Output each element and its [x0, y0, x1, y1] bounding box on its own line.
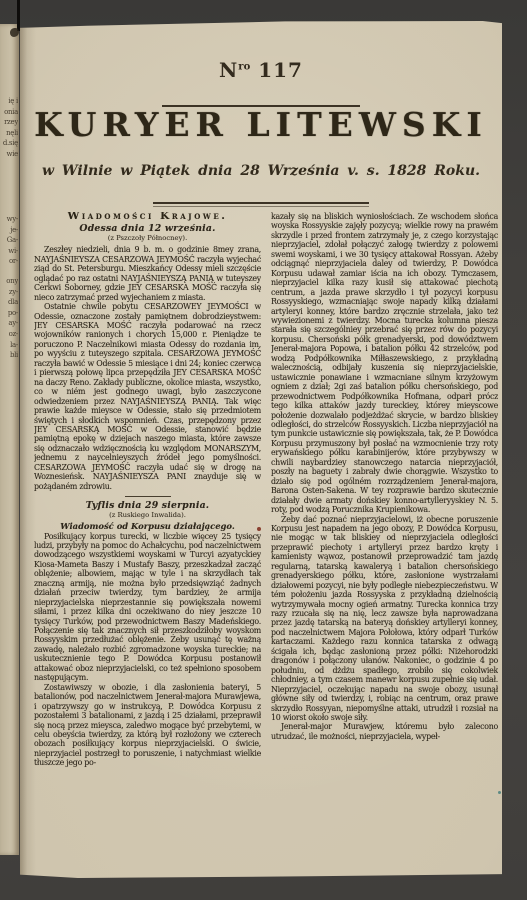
issue-value: 117	[258, 58, 303, 82]
paragraph: kazały się na bliskich wyniosłościach. Z…	[271, 212, 498, 515]
section-heading: Wiadomości Krajowe.	[34, 212, 261, 221]
article-divider-rule	[125, 496, 171, 497]
paragraph: Żeby dać poznać nieprzyjacielowi, iż obe…	[271, 515, 498, 723]
dateline: w Wilnie w Piątek dnia 28 Września v. s.…	[20, 163, 502, 179]
paragraph: Posiłkujący korpus turecki, w liczbie wi…	[34, 532, 261, 683]
ink-speck	[257, 527, 261, 531]
newspaper-page: Nro 117 KURYER LITEWSKI w Wilnie w Piąte…	[20, 21, 502, 878]
article-title-tyflis: Tyflis dnia 29 sierpnia.	[34, 501, 261, 510]
ink-speck	[498, 791, 501, 794]
article-subtitle: Wiadomość od Korpusu działającego.	[34, 522, 261, 531]
scan-background: ię i onia rzey nęli d.się wie wy- je- Ga…	[0, 0, 527, 900]
body-columns: Wiadomości Krajowe. Odessa dnia 12 wrześ…	[34, 212, 498, 810]
issue-prefix: N	[219, 58, 238, 82]
masthead-rule-bottom	[153, 202, 369, 207]
issue-number: Nro 117	[20, 58, 502, 82]
paragraph: Zeszłey niedzieli, dnia 9 b. m. o godzin…	[34, 245, 261, 302]
newspaper-title: KURYER LITEWSKI	[20, 105, 502, 144]
adjacent-page-text-fragments: ony zy- dla po- ay- oz- la- bli	[0, 276, 18, 368]
article-source: (z Ruskiego Inwalida).	[34, 511, 261, 520]
binding-mark	[17, 0, 20, 31]
column-right: kazały się na bliskich wyniosłościach. Z…	[271, 212, 498, 810]
article-source: (z Pszczoły Północney).	[34, 234, 261, 243]
paragraph: Jenerał-major Murawjew, któremu było zal…	[271, 722, 498, 741]
paragraph: Ostatnie chwile pobytu CESARZOWEY JEYMOŚ…	[34, 302, 261, 491]
adjacent-page-edge: ię i onia rzey nęli d.się wie wy- je- Ga…	[0, 24, 19, 855]
paragraph: Zostawiwszy w obozie, i dla zasłonienia …	[34, 683, 261, 768]
issue-superscript: ro	[238, 61, 250, 72]
column-left: Wiadomości Krajowe. Odessa dnia 12 wrześ…	[34, 212, 261, 810]
adjacent-page-text-fragments: ię i onia rzey nęli d.się wie	[0, 96, 18, 206]
article-title-odessa: Odessa dnia 12 września.	[34, 224, 261, 233]
adjacent-page-text-fragments: wy- je- Ga- wi- or-	[0, 214, 18, 272]
